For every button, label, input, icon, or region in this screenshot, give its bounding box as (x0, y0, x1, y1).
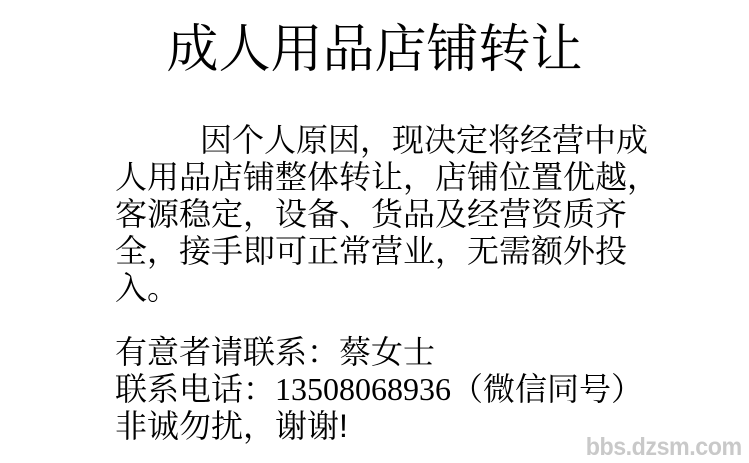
paragraph-line: 人用品店铺整体转让，店铺位置优越， (115, 159, 749, 196)
phone-label: 联系电话： (115, 371, 275, 407)
phone-number: 13508068936 (275, 371, 451, 407)
paragraph-line: 全，接手即可正常营业，无需额外投 (115, 233, 749, 270)
watermark: bbs.dzsm.com (586, 433, 742, 462)
transfer-notice-page: 成人用品店铺转让 因个人原因，现决定将经营中成 人用品店铺整体转让，店铺位置优越… (0, 0, 749, 463)
body-paragraph: 因个人原因，现决定将经营中成 人用品店铺整体转让，店铺位置优越， 客源稳定，设备… (115, 122, 749, 307)
contact-section: 有意者请联系：蔡女士 联系电话：13508068936（微信同号） 非诚勿扰，谢… (115, 334, 749, 445)
contact-person-line: 有意者请联系：蔡女士 (115, 334, 749, 371)
page-title: 成人用品店铺转让 (0, 0, 749, 79)
paragraph-line: 因个人原因，现决定将经营中成 (115, 122, 749, 159)
contact-phone-line: 联系电话：13508068936（微信同号） (115, 371, 749, 408)
phone-suffix: （微信同号） (451, 371, 643, 407)
paragraph-line: 入。 (115, 270, 749, 307)
paragraph-line: 客源稳定，设备、货品及经营资质齐 (115, 196, 749, 233)
